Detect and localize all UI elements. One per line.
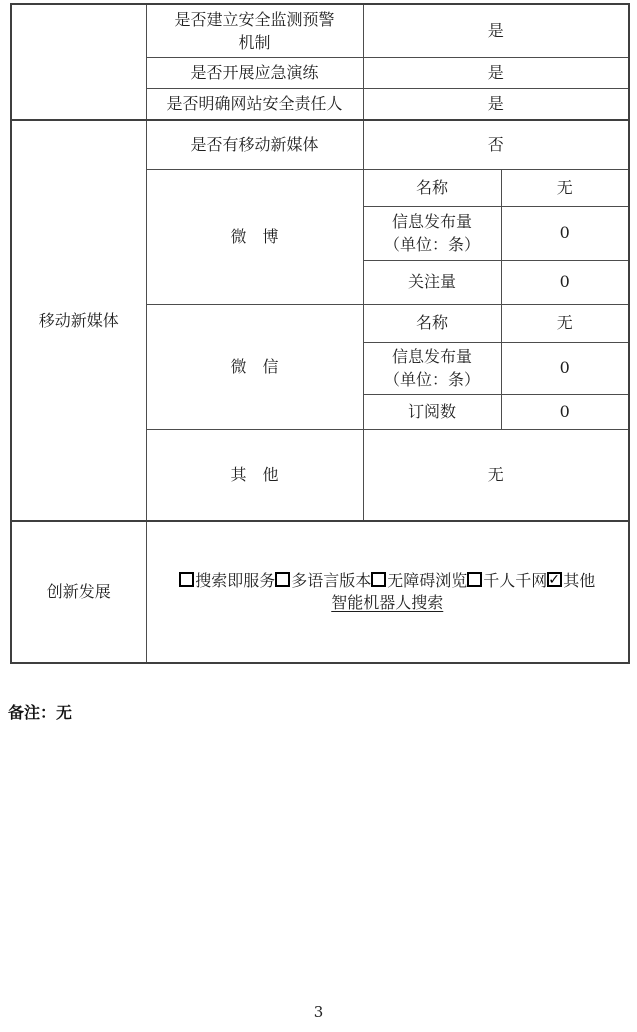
- field-label-cell: 名称: [363, 169, 501, 206]
- checkbox-checked-icon: [547, 572, 562, 587]
- answer-cell: 是: [363, 4, 629, 57]
- question-text: 是否建立安全监测预警机制: [169, 8, 341, 54]
- answer-cell: 是: [363, 57, 629, 88]
- field-label-cell: 订阅数: [363, 394, 501, 429]
- note-text: 备注：无: [8, 700, 72, 723]
- field-label-line2: （单位：条）: [368, 233, 497, 256]
- field-value-cell: 无: [501, 304, 629, 342]
- other-detail-text: 智能机器人搜索: [331, 593, 443, 612]
- field-value-cell: 0: [501, 342, 629, 394]
- field-value-cell: 0: [501, 206, 629, 260]
- wechat-label: 微 信: [146, 304, 363, 429]
- field-label-line2: （单位：条）: [368, 368, 497, 391]
- option-label: 搜索即服务: [195, 571, 275, 590]
- option-label: 其他: [563, 571, 595, 590]
- option-label: 多语言版本: [291, 571, 371, 590]
- page-number: 3: [0, 1003, 637, 1021]
- field-value-cell: 无: [501, 169, 629, 206]
- field-label-cell: 信息发布量 （单位：条）: [363, 206, 501, 260]
- weibo-label: 微 博: [146, 169, 363, 304]
- option-label: 千人千网: [483, 571, 547, 590]
- checkbox-unchecked-icon: [275, 572, 290, 587]
- answer-cell: 无: [363, 429, 629, 521]
- section-label-cell-empty: [11, 4, 146, 120]
- checkbox-unchecked-icon: [371, 572, 386, 587]
- field-value-cell: 0: [501, 260, 629, 304]
- question-cell: 是否有移动新媒体: [146, 120, 363, 169]
- field-label-cell: 信息发布量 （单位：条）: [363, 342, 501, 394]
- option-label: 无障碍浏览: [387, 571, 467, 590]
- document-page: 是否建立安全监测预警机制 是 是否开展应急演练 是 是否明确网站安全责任人 是 …: [0, 0, 637, 1032]
- answer-cell: 否: [363, 120, 629, 169]
- field-label-line1: 信息发布量: [368, 345, 497, 368]
- innovation-detail-line: 智能机器人搜索: [151, 592, 625, 614]
- section-label-mobile-media: 移动新媒体: [11, 120, 146, 521]
- innovation-options-line: 搜索即服务多语言版本无障碍浏览千人千网其他: [151, 570, 625, 592]
- question-cell: 是否明确网站安全责任人: [146, 88, 363, 120]
- field-label-cell: 名称: [363, 304, 501, 342]
- checkbox-unchecked-icon: [467, 572, 482, 587]
- question-cell: 是否建立安全监测预警机制: [146, 4, 363, 57]
- other-media-label: 其 他: [146, 429, 363, 521]
- field-value-cell: 0: [501, 394, 629, 429]
- section-label-innovation: 创新发展: [11, 521, 146, 663]
- annual-report-table: 是否建立安全监测预警机制 是 是否开展应急演练 是 是否明确网站安全责任人 是 …: [10, 3, 630, 664]
- checkbox-unchecked-icon: [179, 572, 194, 587]
- field-label-cell: 关注量: [363, 260, 501, 304]
- question-cell: 是否开展应急演练: [146, 57, 363, 88]
- innovation-content-cell: 搜索即服务多语言版本无障碍浏览千人千网其他 智能机器人搜索: [146, 521, 629, 663]
- field-label-line1: 信息发布量: [368, 210, 497, 233]
- answer-cell: 是: [363, 88, 629, 120]
